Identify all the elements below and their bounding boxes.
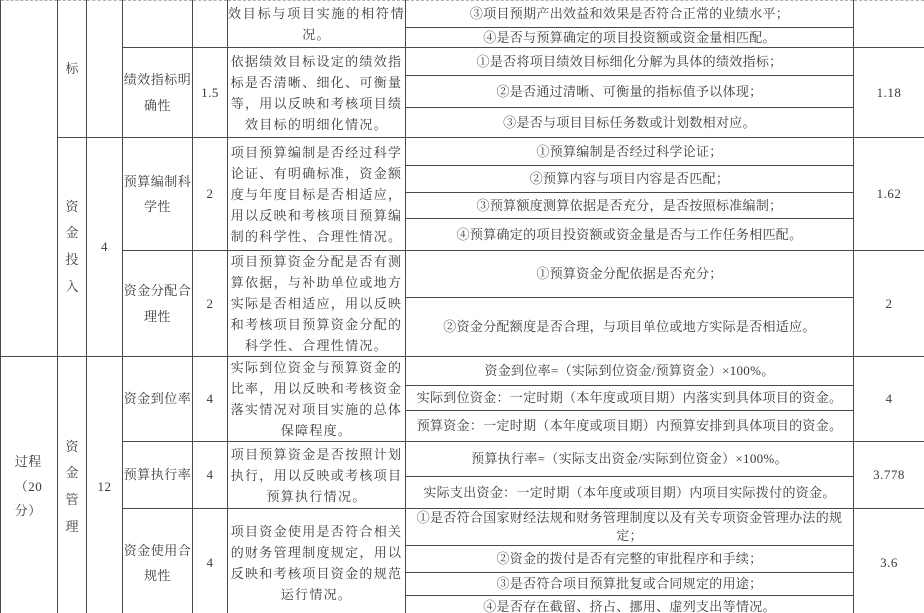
indicator-weight-cell: 2 xyxy=(193,251,228,357)
category-label: 资金投入 xyxy=(65,194,79,301)
score-cell: 4 xyxy=(854,357,924,442)
indicator-name-cell: 资金使用合规性 xyxy=(123,509,193,613)
indicator-description-cell: 依据绩效目标设定的绩效指标是否清晰、细化、可衡量等，用以反映和考核项目绩效目标的… xyxy=(228,48,406,138)
criterion-cell: ②资金的拨付是否有完整的审批程序和手续； xyxy=(406,546,854,573)
category-label: 资金管理 xyxy=(65,434,79,541)
indicator-description-cell: 效目标与项目实施的相符情况。 xyxy=(228,1,406,48)
criterion-cell: 实际到位资金：一定时期（本年度或项目期）内落实到具体项目的资金。 xyxy=(406,385,854,411)
criterion-cell: 预算资金：一定时期（本年度或项目期）内预算安排到具体项目的资金。 xyxy=(406,411,854,442)
indicator-name-cell: 绩效指标明确性 xyxy=(123,48,193,138)
criterion-cell: 预算执行率=（实际支出资金/实际到位资金）×100%。 xyxy=(406,442,854,477)
indicator-name-cell: 预算编制科学性 xyxy=(123,138,193,251)
criterion-cell: ②预算内容与项目内容是否匹配； xyxy=(406,166,854,193)
category-label: 标 xyxy=(65,56,79,83)
criterion-cell: ②资金分配额度是否合理，与项目单位或地方实际是否相适应。 xyxy=(406,298,854,357)
criterion-cell: ③项目预期产出效益和效果是否符合正常的业绩水平； xyxy=(406,1,854,28)
indicator-weight-cell: 1.5 xyxy=(193,48,228,138)
indicator-name-cell: 资金到位率 xyxy=(123,357,193,442)
category-weight-cell: 4 xyxy=(87,138,123,357)
indicator-description-cell: 项目预算资金分配是否有测算依据，与补助单位或地方实际是否相适应，用以反映和考核项… xyxy=(228,251,406,357)
indicator-weight-cell: 4 xyxy=(193,357,228,442)
indicator-weight-cell: 2 xyxy=(193,138,228,251)
indicator-description-cell: 项目预算编制是否经过科学论证、有明确标准，资金额度与年度目标是否相适应，用以反映… xyxy=(228,138,406,251)
indicator-weight-cell: 4 xyxy=(193,509,228,613)
criterion-cell: ③是否与项目目标任务数或计划数相对应。 xyxy=(406,108,854,138)
indicator-description-cell: 实际到位资金与预算资金的比率，用以反映和考核资金落实情况对项目实施的总体保障程度… xyxy=(228,357,406,442)
stage-cell-top xyxy=(1,1,58,357)
criterion-cell: 资金到位率=（实际到位资金/预算资金）×100%。 xyxy=(406,357,854,386)
stage-label: 过程（20分） xyxy=(15,450,44,524)
criterion-cell: ①预算资金分配依据是否充分； xyxy=(406,251,854,298)
category-cell: 资金投入 xyxy=(58,138,87,357)
criterion-cell: ①预算编制是否经过科学论证； xyxy=(406,138,854,166)
indicator-description-cell: 项目预算资金是否按照计划执行，用以反映或考核项目预算执行情况。 xyxy=(228,442,406,509)
score-cell: 3.6 xyxy=(854,509,924,613)
category-weight-cell: 12 xyxy=(87,357,123,613)
scanned-evaluation-table-page: 标 效目标与项目实施的相符情况。 ③项目预期产出效益和效果是否符合正常的业绩水平… xyxy=(0,0,924,613)
score-cell xyxy=(854,1,924,48)
criterion-cell: ②是否通过清晰、可衡量的指标值予以体现； xyxy=(406,76,854,108)
indicator-description-cell: 项目资金使用是否符合相关的财务管理制度规定，用以反映和考核项目资金的规范运行情况… xyxy=(228,509,406,613)
score-cell: 1.18 xyxy=(854,48,924,138)
score-cell: 3.778 xyxy=(854,442,924,509)
indicator-weight-cell: 4 xyxy=(193,442,228,509)
criterion-cell: ④是否存在截留、挤占、挪用、虚列支出等情况。 xyxy=(406,596,854,613)
criterion-cell: ③是否符合项目预算批复或合同规定的用途； xyxy=(406,573,854,596)
criterion-cell: ①是否将项目绩效目标细化分解为具体的绩效指标； xyxy=(406,48,854,76)
stage-cell-bottom: 过程（20分） xyxy=(1,357,58,613)
criterion-cell: ③预算额度测算依据是否充分，是否按照标准编制； xyxy=(406,193,854,219)
indicator-name-cell: 预算执行率 xyxy=(123,442,193,509)
category-cell: 标 xyxy=(58,1,87,138)
criterion-cell: ④是否与预算确定的项目投资额或资金量相匹配。 xyxy=(406,28,854,48)
indicator-name-cell: 资金分配合理性 xyxy=(123,251,193,357)
indicator-weight-cell xyxy=(193,1,228,48)
criterion-cell: ④预算确定的项目投资额或资金量是否与工作任务相匹配。 xyxy=(406,219,854,251)
score-cell: 2 xyxy=(854,251,924,357)
category-weight-cell xyxy=(87,1,123,138)
category-cell: 资金管理 xyxy=(58,357,87,613)
criterion-cell: ①是否符合国家财经法规和财务管理制度以及有关专项资金管理办法的规定； xyxy=(406,509,854,546)
indicator-name-cell xyxy=(123,1,193,48)
criterion-cell: 实际支出资金：一定时期（本年度或项目期）内项目实际拨付的资金。 xyxy=(406,477,854,509)
score-cell: 1.62 xyxy=(854,138,924,251)
indicator-evaluation-table: 标 效目标与项目实施的相符情况。 ③项目预期产出效益和效果是否符合正常的业绩水平… xyxy=(0,0,924,613)
